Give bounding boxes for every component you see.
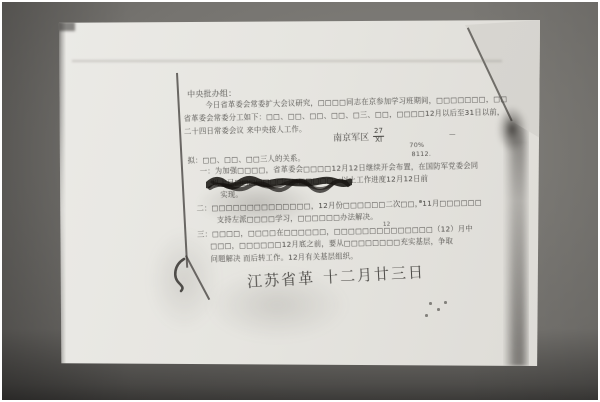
percent-note: 70% (409, 141, 424, 149)
text-line: 问题解决 而后转工作。12月有关基层组织。 (211, 251, 358, 264)
faint-crease-line (72, 60, 502, 62)
handwritten-text-block: 中央批办组： 今日省革委会常委扩大会议研究，□□□□同志在京参加学习班期间，□□… (180, 78, 585, 326)
unit-annotation: 南京军区 27 XI (333, 128, 384, 145)
number-note: 8112. (411, 150, 431, 158)
date-fraction: 27 XI (373, 128, 384, 145)
fraction-denominator: XI (375, 136, 382, 144)
text-line: 二：□□□□□□□□□□□□□□，12月份□□□□□□二次□□，11月□□□□□… (196, 198, 482, 214)
signature-date: 十二月廿三日 (322, 261, 425, 288)
heading-line: 中央批办组： (187, 88, 236, 100)
redaction-scribble (206, 173, 352, 197)
top-left-mark (59, 22, 75, 31)
text-line: 二十四日常委会议 来中央接人工作。 (184, 124, 307, 137)
signature-line: 江苏省革 十二月廿三日 (247, 261, 426, 292)
unit-name: 南京军区 (333, 130, 369, 144)
text-line: 支持左派□□□□学习，□□□□□□办法解决。 (217, 212, 378, 225)
dash-mark: — (449, 130, 456, 138)
paper-sheet: 中央批办组： 今日省革委会常委扩大会议研究，□□□□同志在京参加学习班期间，□□… (57, 20, 540, 366)
signature-author: 江苏省革 (247, 267, 316, 292)
photo-frame: 中央批办组： 今日省革委会常委扩大会议研究，□□□□同志在京参加学习班期间，□□… (0, 0, 600, 402)
